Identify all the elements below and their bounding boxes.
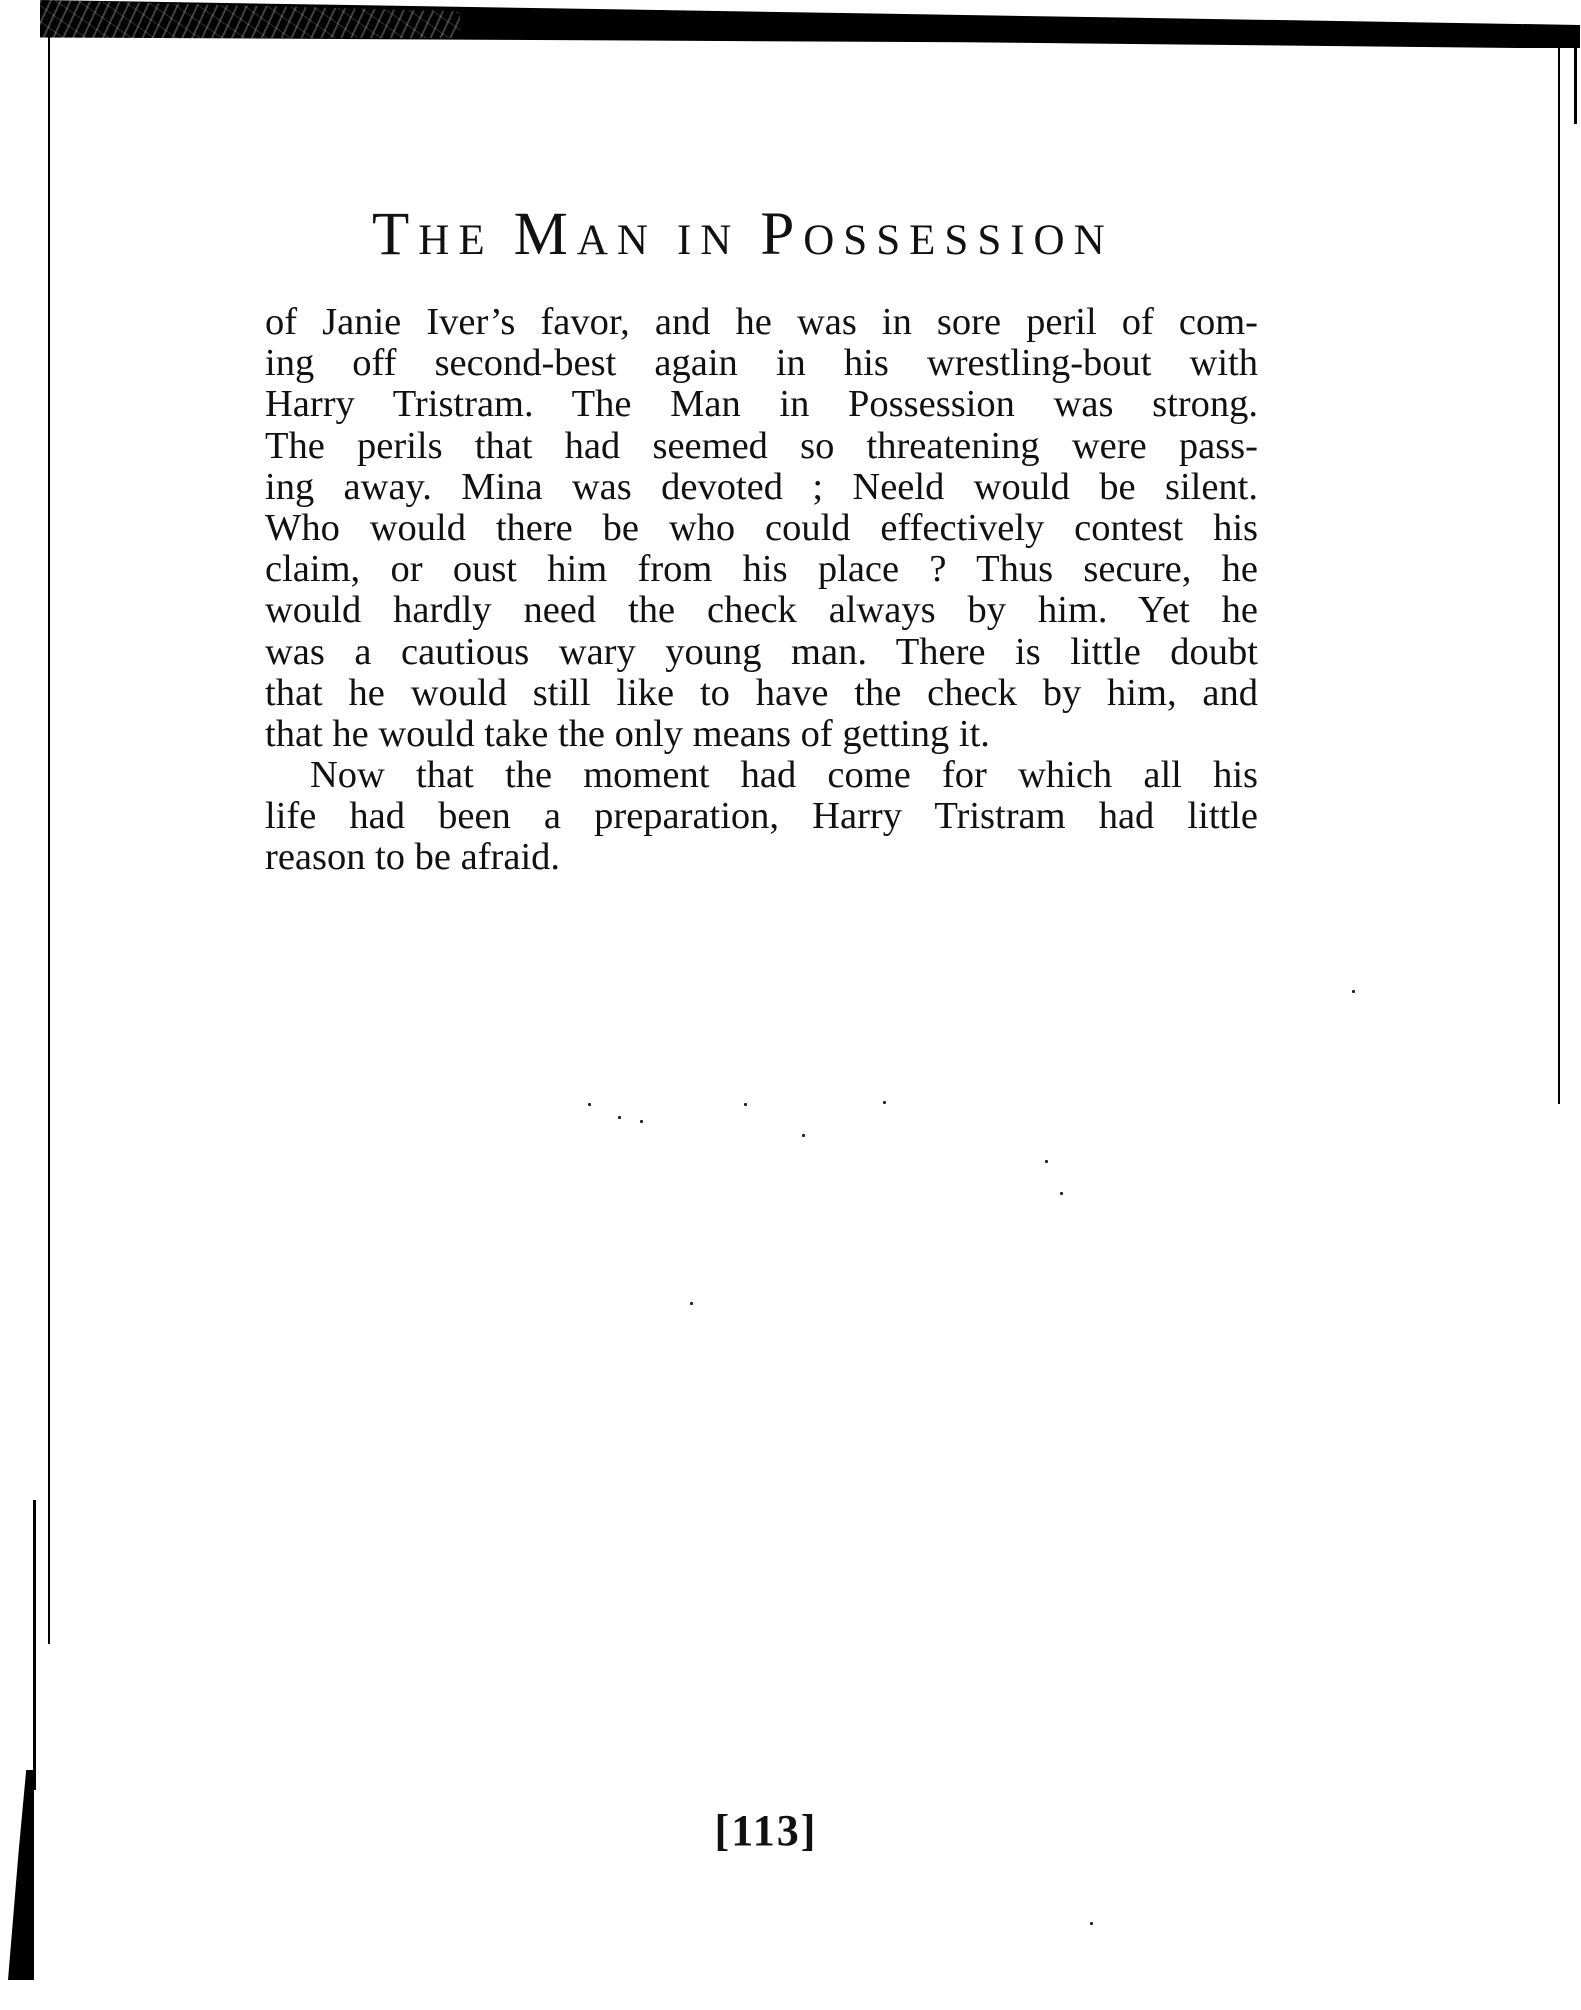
running-head-word: in xyxy=(677,201,740,268)
text-line: life had been a preparation, Harry Trist… xyxy=(265,796,1258,837)
scan-top-edge-texture xyxy=(40,0,460,38)
scan-speck xyxy=(640,1120,643,1123)
text-line: The perils that had seemed so threatenin… xyxy=(265,426,1258,467)
paragraph: of Janie Iver’s favor, and he was in sor… xyxy=(265,302,1258,755)
scan-speck xyxy=(588,1103,591,1106)
scan-left-edge-lower xyxy=(33,1500,36,1790)
scan-speck xyxy=(690,1302,693,1305)
scan-left-edge xyxy=(48,34,50,1644)
scan-left-edge-shadow xyxy=(8,1770,34,1980)
text-line: was a cautious wary young man. There is … xyxy=(265,632,1258,673)
scan-speck xyxy=(1352,990,1355,993)
scan-speck xyxy=(883,1101,886,1104)
text-line: ing off second-best again in his wrestli… xyxy=(265,343,1258,384)
scan-speck xyxy=(1090,1922,1093,1925)
text-line: of Janie Iver’s favor, and he was in sor… xyxy=(265,302,1258,343)
text-line: would hardly need the check always by hi… xyxy=(265,590,1258,631)
text-line: ing away. Mina was devoted ; Neeld would… xyxy=(265,467,1258,508)
running-head-word: Possession xyxy=(760,201,1113,268)
running-head-word: Man xyxy=(514,201,657,268)
running-head-word: The xyxy=(372,201,494,268)
scan-speck xyxy=(744,1103,747,1106)
scan-speck xyxy=(618,1116,621,1119)
running-head: TheManinPossession xyxy=(372,204,1148,265)
scan-speck xyxy=(1060,1192,1063,1195)
scan-speck xyxy=(802,1134,805,1137)
text-line: that he would take the only means of get… xyxy=(265,714,1258,755)
scan-speck xyxy=(1045,1160,1048,1163)
scan-right-edge xyxy=(1558,44,1560,1104)
page-number: [113] xyxy=(700,1806,832,1856)
text-line: claim, or oust him from his place ? Thus… xyxy=(265,549,1258,590)
text-line: Now that the moment had come for which a… xyxy=(265,755,1258,796)
paragraph: Now that the moment had come for which a… xyxy=(265,755,1258,879)
text-line: that he would still like to have the che… xyxy=(265,673,1258,714)
text-line: reason to be afraid. xyxy=(265,837,1258,878)
scan-right-edge-outer xyxy=(1574,44,1577,124)
text-line: Who would there be who could effectively… xyxy=(265,508,1258,549)
text-line: Harry Tristram. The Man in Possession wa… xyxy=(265,384,1258,425)
body-text: of Janie Iver’s favor, and he was in sor… xyxy=(265,302,1258,879)
